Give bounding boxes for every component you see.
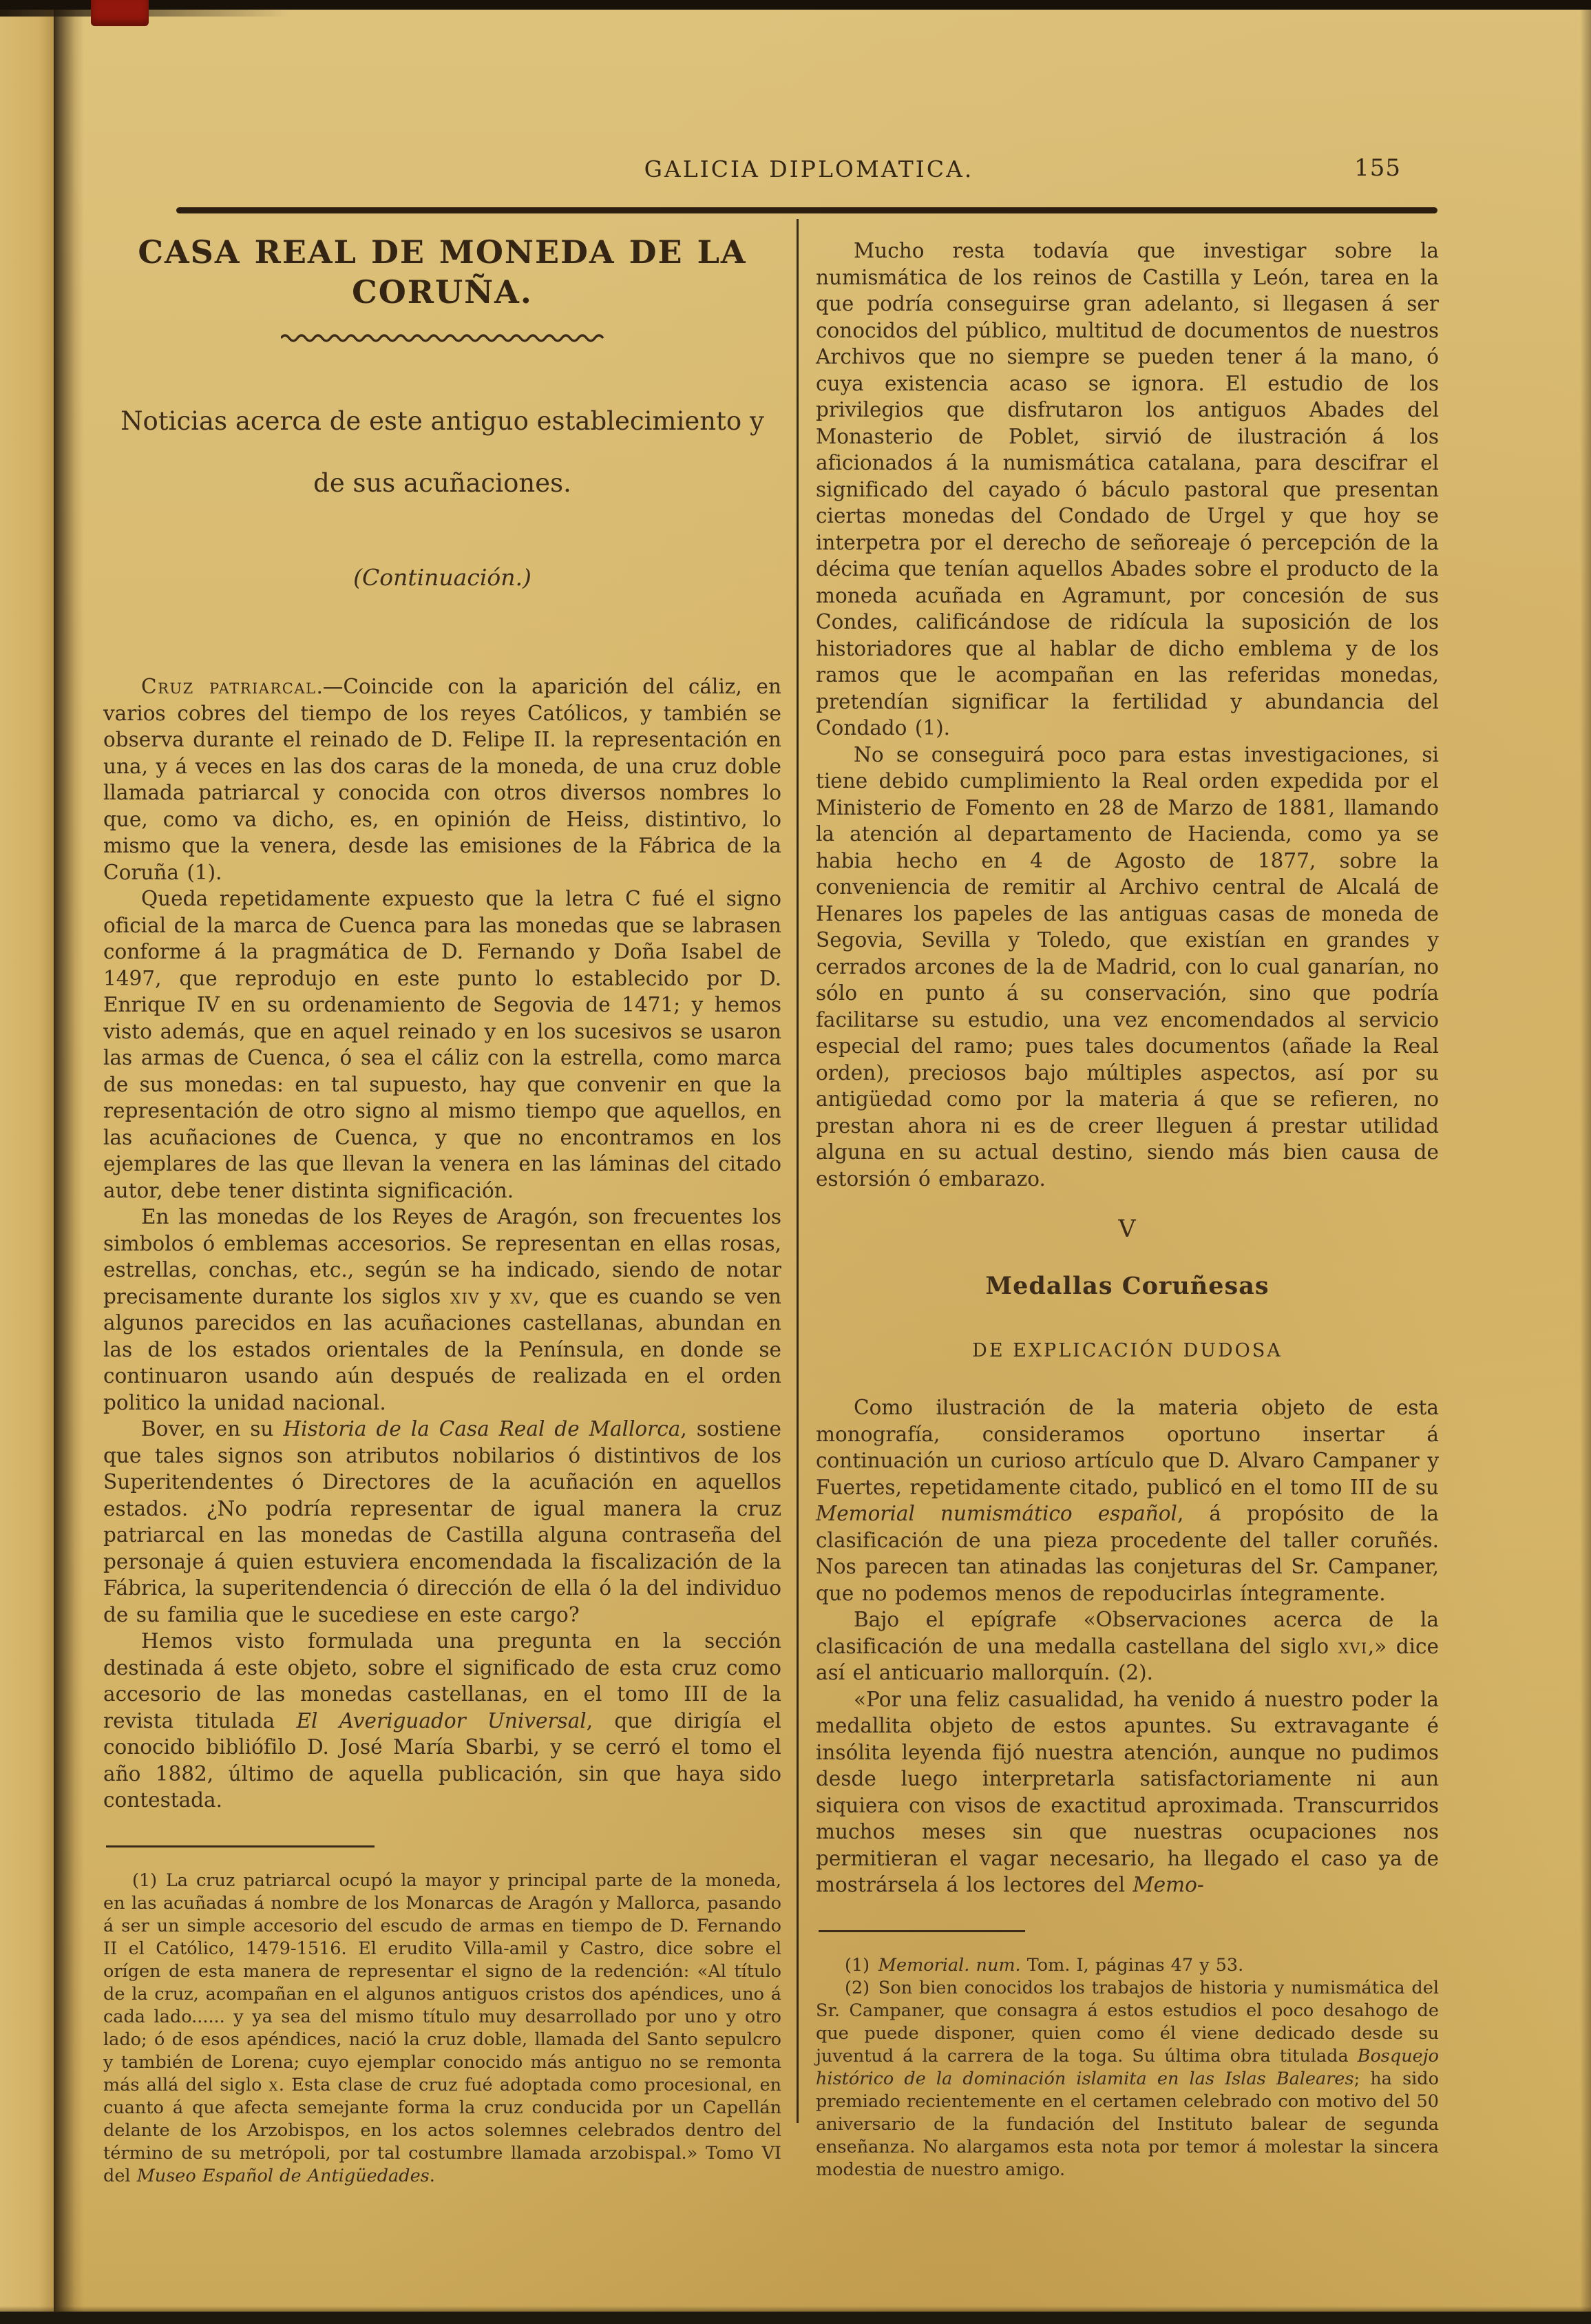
section-heading: Medallas Coruñesas	[816, 1272, 1439, 1300]
scan-top-edge	[0, 0, 1591, 10]
journal-title: GALICIA DIPLOMATICA.	[644, 156, 974, 182]
paragraph-feliz-casualidad: «Por una feliz casualidad, ha venido á n…	[816, 1686, 1439, 1898]
right-edge-shadow	[1580, 0, 1591, 2324]
article-title: CASA REAL DE MONEDA DE LA CORUÑA.	[103, 232, 781, 312]
paragraph-cruz-patriarcal: Cruz patriarcal.—Coincide con la aparici…	[103, 673, 781, 886]
right-column-footnotes: (1) Memorial. num. Tom. I, páginas 47 y …	[816, 1954, 1439, 2181]
right-column: Mucho resta todavía que investigar sobre…	[816, 217, 1439, 2181]
continuation-note: (Continuación.)	[103, 564, 781, 591]
scan-bottom-edge	[0, 2312, 1591, 2324]
section-number: V	[816, 1215, 1439, 1243]
left-column: CASA REAL DE MONEDA DE LA CORUÑA. Notici…	[103, 217, 781, 2188]
paragraph-letra-c: Queda repetidamente expuesto que la letr…	[103, 886, 781, 1204]
paragraph-como-ilustracion: Como ilustración de la materia objeto de…	[816, 1394, 1439, 1606]
right-column-body-top: Mucho resta todavía que investigar sobre…	[816, 238, 1439, 1192]
paragraph-bajo-epigrafe: Bajo el epígrafe «Observaciones acerca d…	[816, 1606, 1439, 1686]
footnote-1-right: (1) Memorial. num. Tom. I, páginas 47 y …	[816, 1954, 1439, 1977]
book-gutter-shadow	[54, 0, 84, 2324]
right-column-body-bottom: Como ilustración de la materia objeto de…	[816, 1394, 1439, 1898]
paragraph-monedas-aragon: En las monedas de los Reyes de Aragón, s…	[103, 1204, 781, 1416]
header-rule	[176, 207, 1437, 213]
paragraph-pregunta: Hemos visto formulada una pregunta en la…	[103, 1628, 781, 1814]
footnote-separator-left	[106, 1845, 375, 1847]
scanned-page: GALICIA DIPLOMATICA. 155 CASA REAL DE MO…	[0, 0, 1591, 2324]
paragraph-real-orden: No se conseguirá poco para estas investi…	[816, 742, 1439, 1193]
paragraph-bover: Bover, en su Historia de la Casa Real de…	[103, 1416, 781, 1628]
article-subtitle: Noticias acerca de este antiguo establec…	[103, 390, 781, 514]
footnote-separator-right	[819, 1930, 1025, 1932]
footnote-2-right: (2) Son bien conocidos los trabajos de h…	[816, 1977, 1439, 2181]
paragraph-mucho-resta: Mucho resta todavía que investigar sobre…	[816, 238, 1439, 742]
left-column-body: Cruz patriarcal.—Coincide con la aparici…	[103, 673, 781, 1814]
adjacent-page-edge	[0, 0, 55, 2324]
wavy-divider	[281, 333, 604, 344]
footnote-1-left: (1) La cruz patriarcal ocupó la mayor y …	[103, 1870, 781, 2188]
left-column-footnotes: (1) La cruz patriarcal ocupó la mayor y …	[103, 1870, 781, 2188]
page-number: 155	[1354, 154, 1401, 182]
running-head: GALICIA DIPLOMATICA. 155	[179, 156, 1439, 182]
red-bookmark-tab	[91, 0, 149, 26]
column-divider	[797, 219, 799, 2123]
section-subheading: DE EXPLICACIÓN DUDOSA	[816, 1340, 1439, 1361]
